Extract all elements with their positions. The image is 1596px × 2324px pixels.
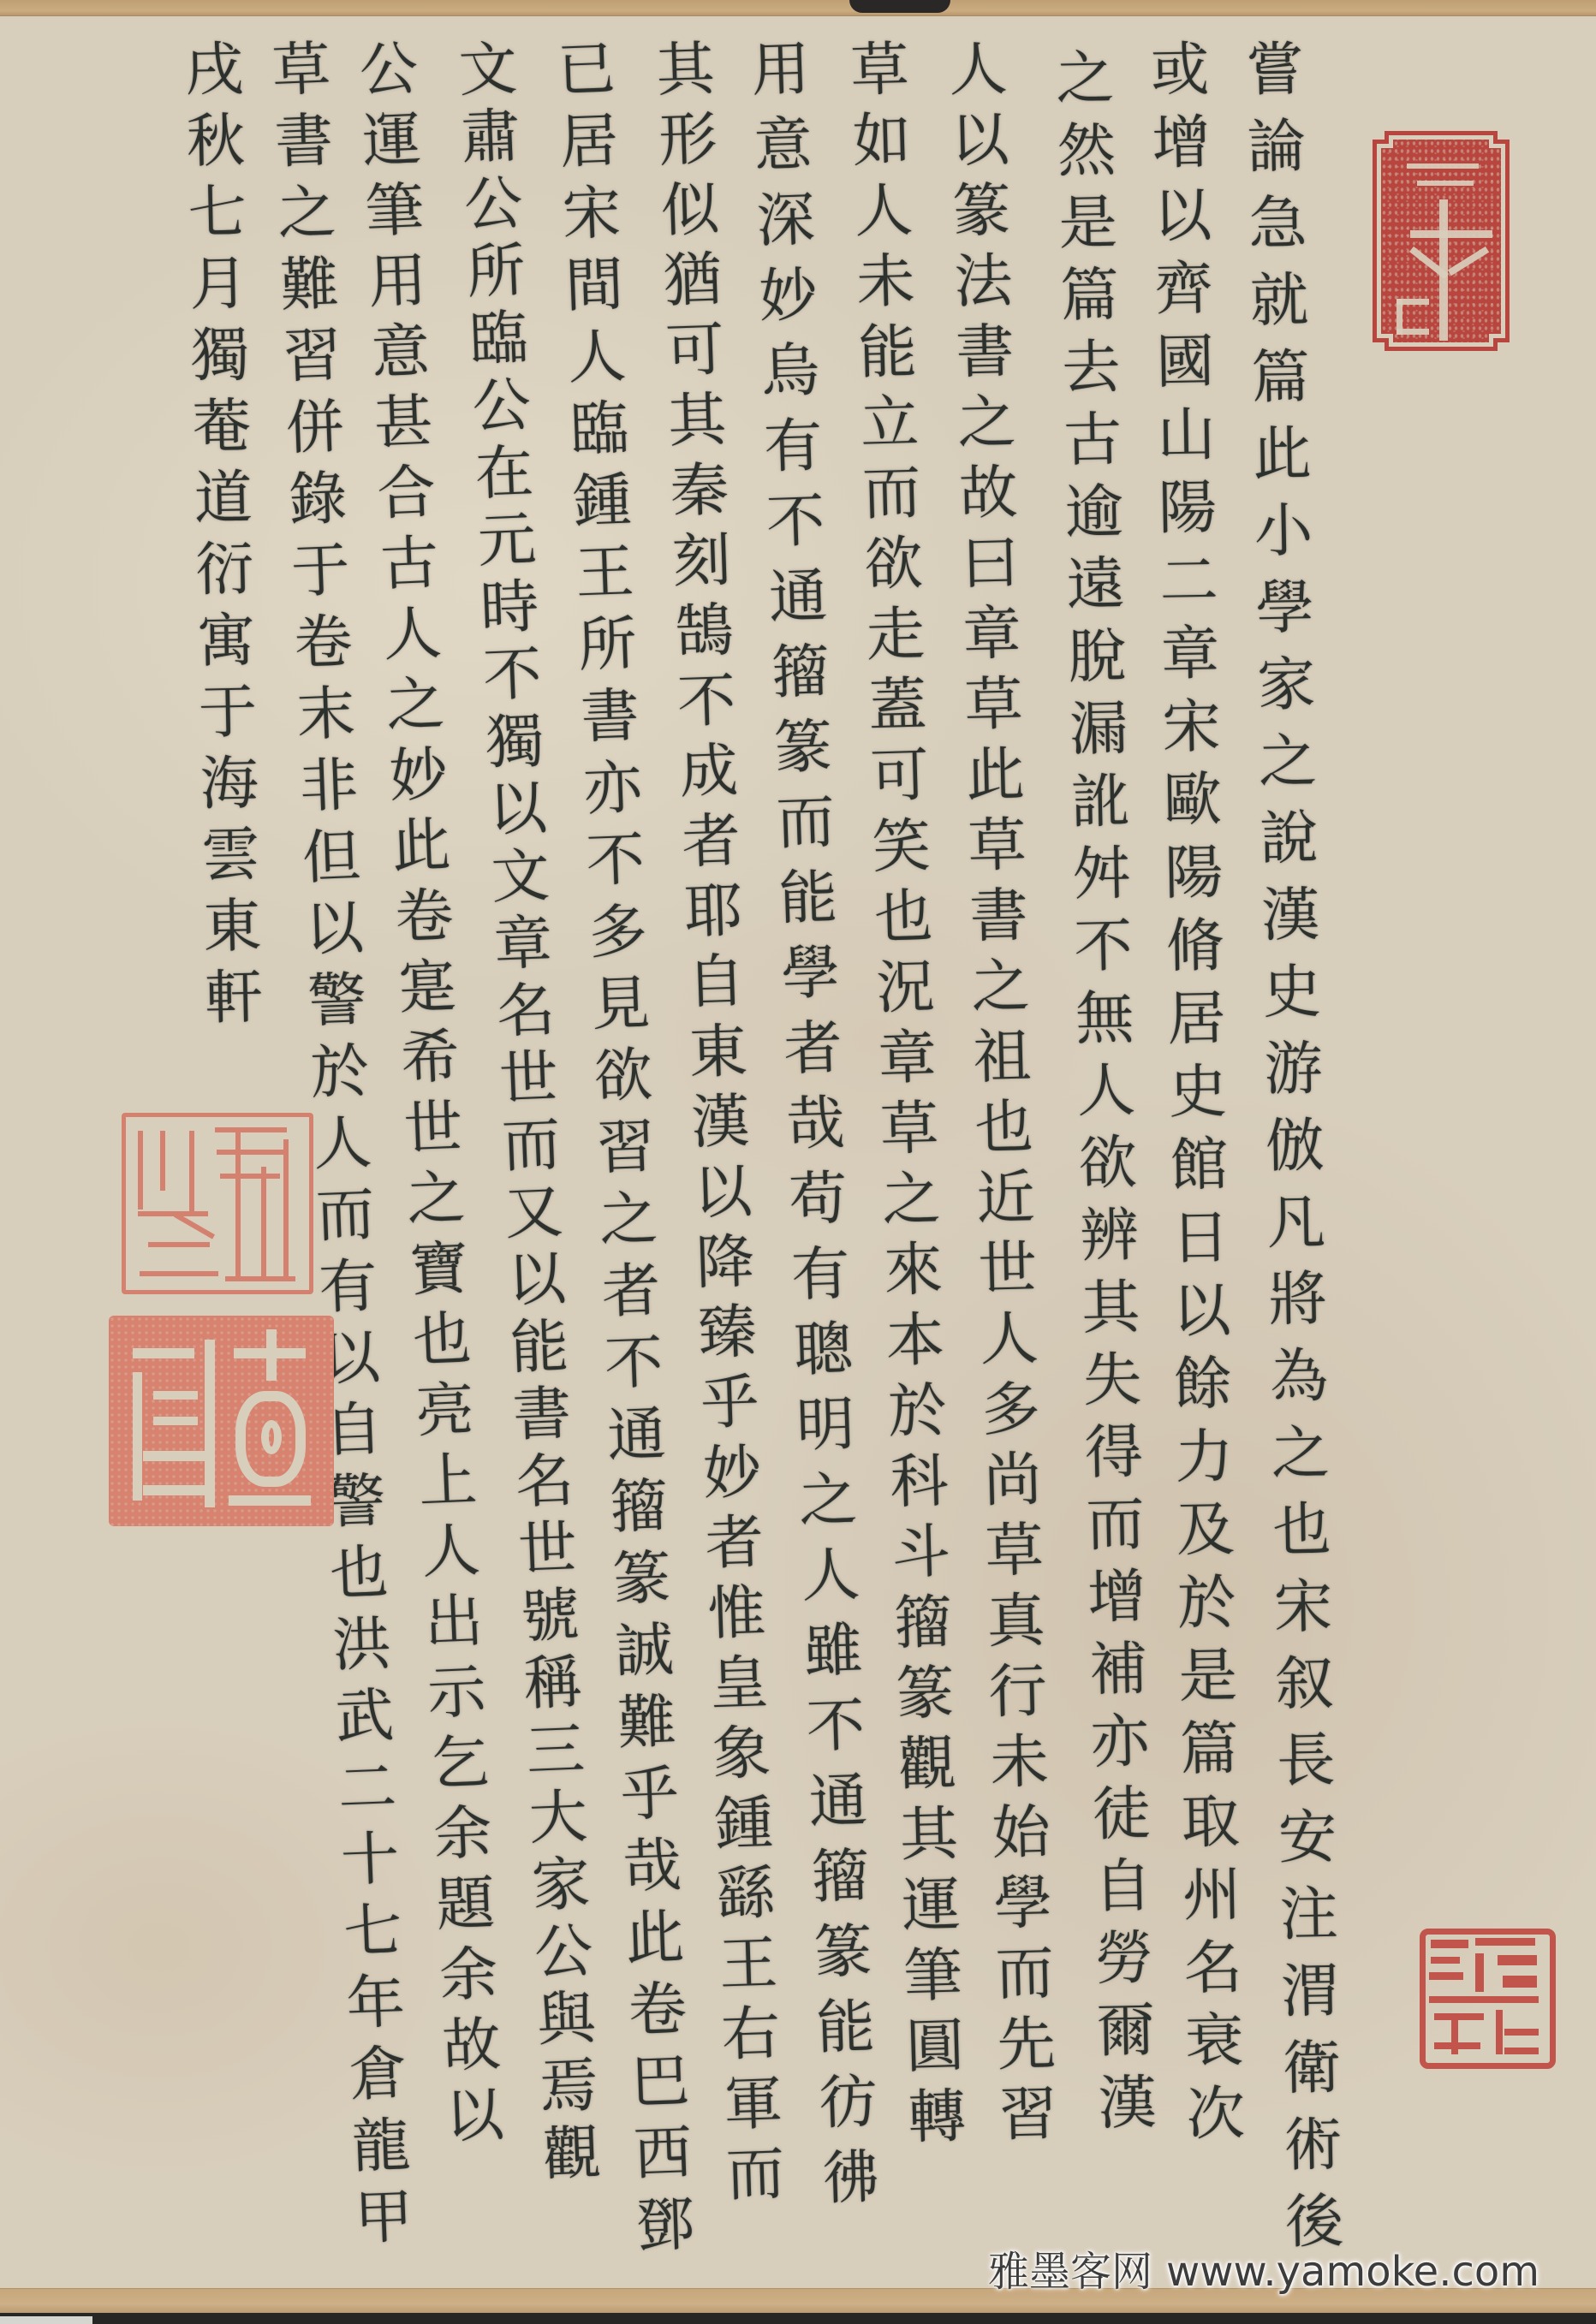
seal-stroke [1498, 1955, 1537, 1965]
seal-stroke [261, 1420, 282, 1454]
watermark-site-name: 雅墨客网 [988, 2248, 1152, 2296]
seal-stroke [205, 1340, 215, 1507]
seal-stroke [283, 1139, 289, 1280]
seal-stroke [1504, 2048, 1539, 2054]
seal-stroke [215, 1127, 287, 1132]
seal-stroke [220, 1174, 280, 1179]
seal-stroke [140, 1271, 218, 1276]
seal-left-upper [122, 1113, 313, 1294]
seal-top-right [1373, 131, 1510, 351]
seal-stroke [261, 1167, 266, 1281]
seal-stroke [266, 1329, 277, 1381]
mount-top-border [0, 0, 1596, 16]
seal-stroke [1431, 1940, 1468, 1948]
seal-stroke [1410, 230, 1492, 238]
seal-stroke [153, 1417, 198, 1425]
seal-left-lower [109, 1316, 334, 1526]
watermark: 雅墨客网www.yamoke.com [988, 2248, 1539, 2296]
seal-stroke [189, 1131, 194, 1215]
seal-stroke [1417, 181, 1474, 186]
watermark-url: www.yamoke.com [1166, 2248, 1539, 2296]
seal-stroke [133, 1348, 194, 1358]
seal-stroke [1396, 329, 1429, 335]
seal-stroke [1475, 1953, 1484, 1992]
seal-stroke [229, 1495, 311, 1506]
seal-stroke [1429, 1996, 1539, 2003]
seal-stroke [217, 1150, 285, 1155]
seal-stroke [160, 1131, 165, 1191]
seal-stroke [1407, 163, 1479, 169]
seal-stroke [1496, 2010, 1503, 2054]
seal-stroke [143, 1451, 211, 1461]
seal-stroke [1434, 2042, 1480, 2049]
corner-label [0, 2316, 92, 2324]
hanging-tab [849, 0, 950, 13]
seal-stroke [133, 1372, 142, 1501]
seal-stroke [138, 1131, 143, 1210]
scroll-rod-edge [0, 2313, 1596, 2324]
seal-stroke [174, 1212, 215, 1239]
seal-stroke [148, 1242, 210, 1247]
seal-bottom-right [1420, 1929, 1556, 2069]
seal-stroke [225, 1276, 295, 1281]
seal-stroke [1431, 1957, 1460, 1964]
seal-stroke [143, 1485, 211, 1495]
seal-stroke [1504, 2029, 1539, 2036]
seal-stroke [1434, 2013, 1484, 2020]
seal-stroke [1429, 1972, 1463, 1980]
seal-stroke [153, 1391, 198, 1400]
seal-stroke [1475, 1938, 1535, 1946]
seal-stroke [138, 1211, 208, 1216]
seal-stroke [1503, 1976, 1537, 1988]
